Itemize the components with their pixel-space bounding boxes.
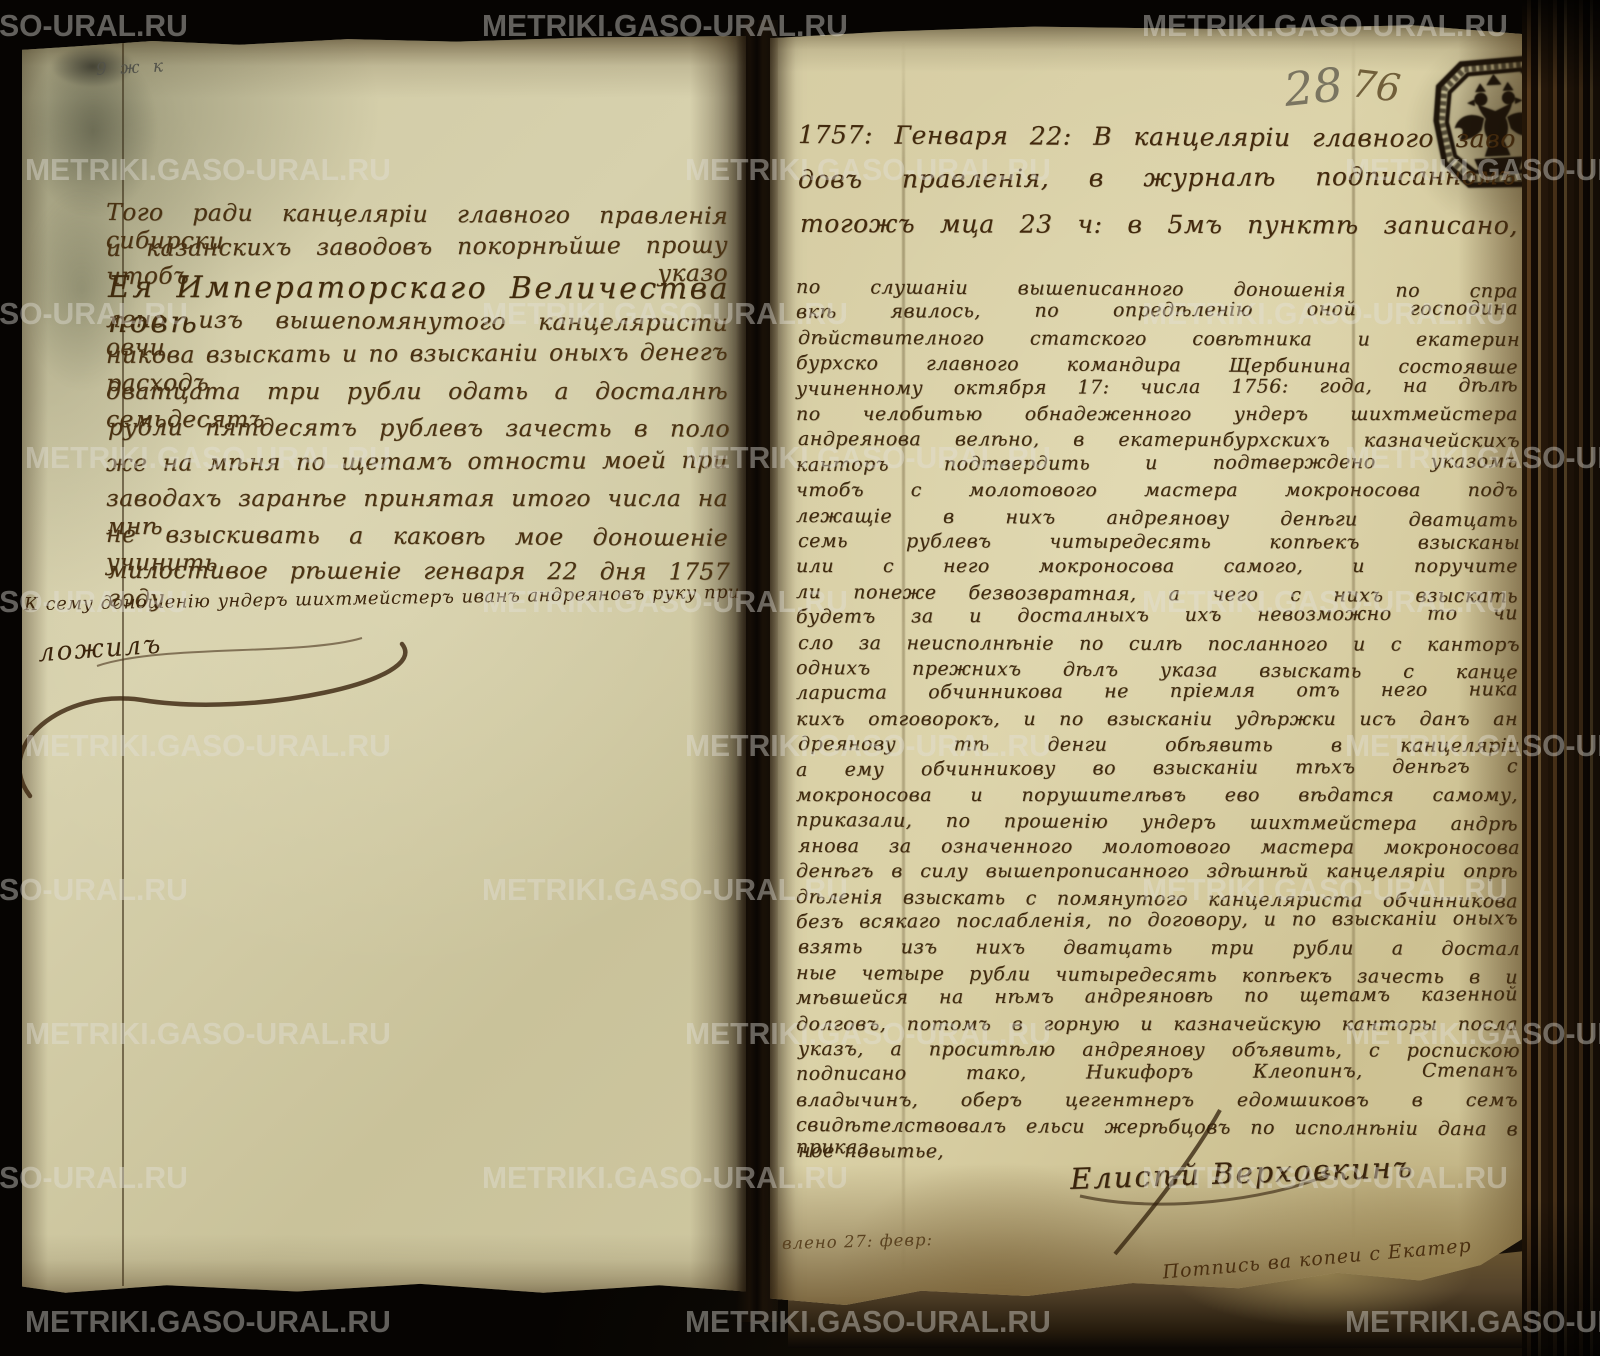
- manuscript-line: лежащiе в нихъ андреянову денѣги дватцат…: [796, 505, 1518, 531]
- manuscript-line: кихъ отговорокъ, и по взысканiи удѣржки …: [796, 708, 1518, 730]
- manuscript-line: по челобитью обнадеженного ундеръ шихтме…: [796, 403, 1518, 425]
- right-page: 28 76 1757: Генваря 22: В канцелярi: [770, 24, 1526, 1314]
- manuscript-line: денѣгъ в силу вышепрописанного здѣшнѣй к…: [796, 860, 1518, 882]
- manuscript-line: взять изъ нихъ дватцать три рубли а дост…: [798, 936, 1520, 960]
- manuscript-line: вкѣ явилось, по опредѣленiю оной господи…: [796, 298, 1518, 324]
- manuscript-line: владычинъ, оберъ цегентнеръ едомшиковъ в…: [796, 1089, 1518, 1111]
- manuscript-line: указъ, а проситѣлю андреянову объявить, …: [798, 1038, 1520, 1062]
- manuscript-line: мѣвшейся на нѣмъ андреяновѣ по щетамъ ка…: [796, 983, 1518, 1009]
- manuscript-line: или с него мокроносова самого, и поручит…: [796, 555, 1518, 577]
- manuscript-line: дѣйствителного статского совѣтника и ека…: [798, 327, 1520, 351]
- manuscript-line: рубли пятдесятъ рублевъ зачесть в поло: [108, 413, 730, 443]
- manuscript-line: а ему обчинникову во взысканiи тѣхъ денѣ…: [796, 755, 1518, 781]
- margin-note-date: влено 27: февр:: [782, 1230, 934, 1253]
- book-gutter: [736, 20, 778, 1322]
- manuscript-line: приказали, по прошенiю ундеръ шихтмейсте…: [796, 809, 1518, 835]
- manuscript-line: сло за неисполнѣнiе по силѣ посланного и…: [798, 632, 1520, 656]
- manuscript-line: лариста обчинникова не прiемля отъ него …: [796, 679, 1518, 705]
- watermark-text: METRIKI.GASO-URAL.RU: [25, 1304, 391, 1340]
- manuscript-line: семь рублевъ читыредесять копѣекъ взыска…: [798, 530, 1520, 554]
- manuscript-scan: 9 ж к Того ради канцелярiи главного прав…: [0, 0, 1600, 1356]
- manuscript-line: будетъ за и досталныхъ ихъ невозможно то…: [796, 602, 1518, 628]
- left-page-text: Того ради канцелярiи главного правленiя …: [22, 36, 746, 1294]
- manuscript-line: подписано тако, Никифоръ Клеопинъ, Степа…: [796, 1060, 1518, 1086]
- manuscript-line: мокроносова и порушителѣвъ ево вѣдатся с…: [796, 784, 1518, 806]
- manuscript-line: андреянова велѣно, в екатеринбурхскихъ к…: [798, 428, 1520, 452]
- manuscript-line: янова за означенного молотового мастера …: [798, 835, 1520, 859]
- manuscript-line: долговъ, потомъ в горную и казначейскую …: [796, 1013, 1518, 1035]
- manuscript-line: дреянову тѣ денги обѣявить в канцелярiи: [798, 733, 1520, 757]
- right-page-body-text: по слушанiи вышеписанного доношенiя по с…: [770, 24, 1526, 1314]
- manuscript-line: безъ всякаго послабленiя, по договору, и…: [796, 907, 1518, 933]
- manuscript-line: чтобъ с молотового мастера мокроносова п…: [796, 479, 1518, 501]
- watermark-text: METRIKI.GASO-URAL.RU: [0, 8, 188, 44]
- book-binding-edge: [1522, 0, 1600, 1356]
- left-page: 9 ж к Того ради канцелярiи главного прав…: [22, 36, 746, 1294]
- manuscript-line: учиненному октября 17: числа 1756: года,…: [796, 374, 1518, 400]
- manuscript-line: же на мѣня по щетамъ отности моей при: [106, 445, 728, 476]
- manuscript-line: канторъ подтвердить и подтверждено указо…: [796, 450, 1518, 476]
